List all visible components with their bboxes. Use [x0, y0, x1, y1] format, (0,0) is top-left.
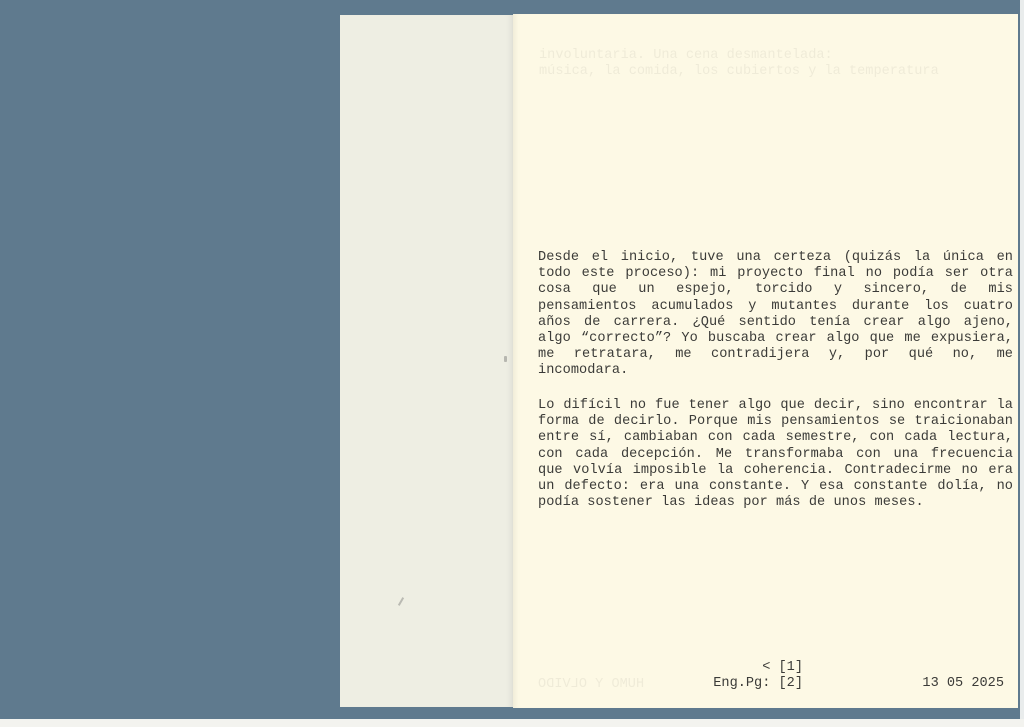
page-number-label: Eng.Pg: [2] — [698, 676, 803, 692]
spine-staple-mark — [504, 356, 507, 362]
page-date: 13 05 2025 — [922, 676, 1004, 692]
show-through-text: involuntaria. Una cena desmantelada: mús… — [539, 48, 1009, 80]
right-page: involuntaria. Una cena desmantelada: mús… — [513, 14, 1018, 708]
show-through-footer-left: HUMO Y OLVIDO — [538, 677, 644, 692]
left-page — [340, 15, 513, 707]
scan-edge-bottom — [0, 719, 1024, 727]
paragraph-2: Lo difícil no fue tener algo que decir, … — [538, 398, 1013, 511]
scan-edge-right — [1020, 0, 1024, 727]
paragraph-1: Desde el inicio, tuve una certeza (quizá… — [538, 250, 1013, 380]
prev-page-link[interactable]: < [1] — [698, 660, 803, 676]
page-navigation: < [1] Eng.Pg: [2] — [698, 660, 803, 692]
